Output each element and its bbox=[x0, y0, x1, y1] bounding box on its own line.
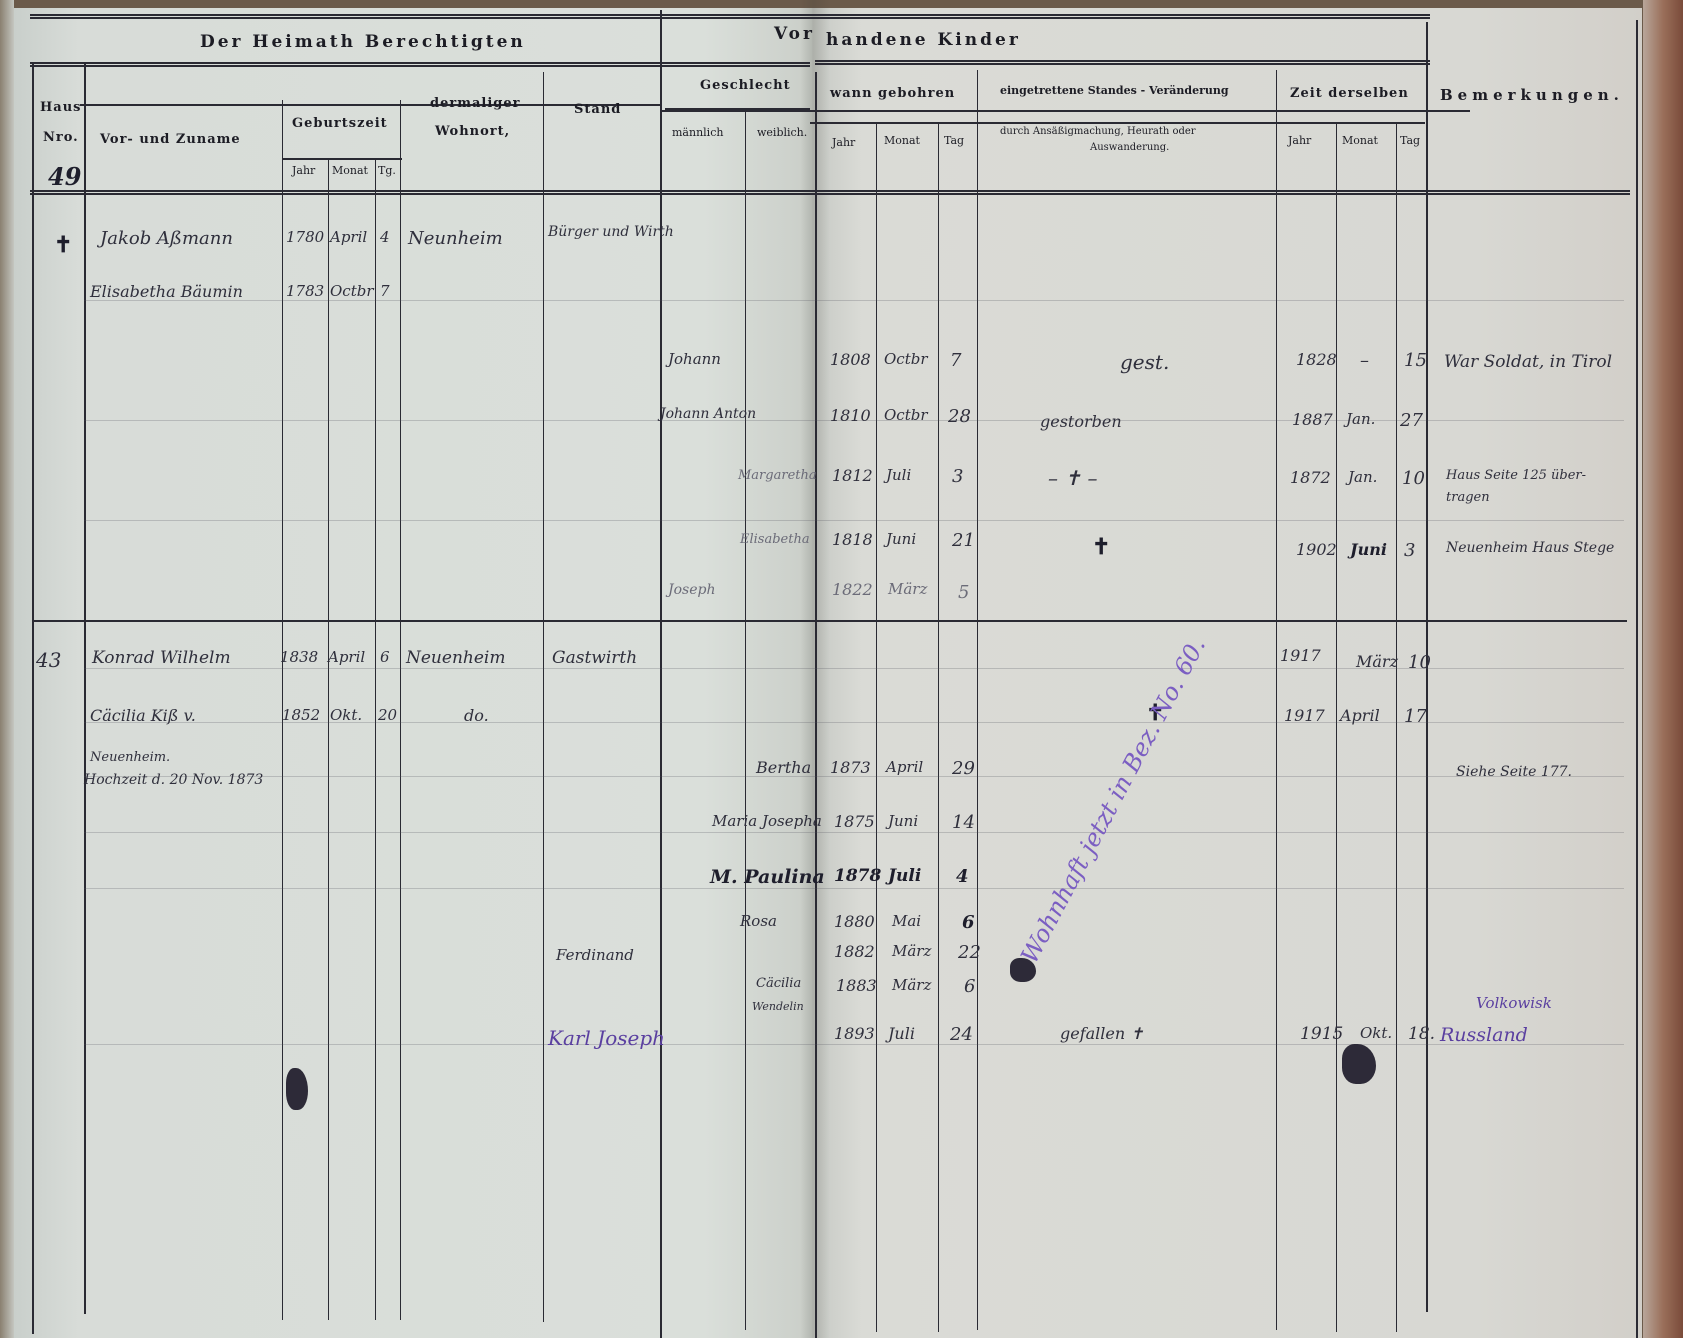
child-event: gefallen ✝ bbox=[1060, 1024, 1144, 1043]
rule-top-right bbox=[815, 60, 1430, 65]
header-zeit-monat: Monat bbox=[1342, 134, 1378, 147]
col-line-kind-tag bbox=[977, 70, 978, 1330]
book-left-edge bbox=[0, 0, 14, 1338]
banner-heimath: Der Heimath Berechtigten bbox=[200, 32, 526, 52]
faint-rule bbox=[84, 300, 1624, 301]
father-birth-day: 6 bbox=[380, 648, 390, 666]
rule-header-bottom bbox=[30, 190, 1630, 195]
child-event-year: 1887 bbox=[1292, 410, 1333, 429]
child-birth-day: 6 bbox=[964, 976, 975, 997]
mother-birth-day: 20 bbox=[378, 706, 397, 724]
left-page bbox=[14, 8, 826, 1338]
rule-zeit-sub bbox=[1255, 122, 1425, 124]
child-name-female: Maria Josepha bbox=[712, 812, 822, 830]
ink-blot bbox=[286, 1068, 308, 1110]
rule-gebohren-sub bbox=[810, 122, 985, 124]
header-wohnort-2: Wohnort, bbox=[435, 124, 510, 139]
header-geschlecht: Geschlecht bbox=[700, 78, 791, 93]
child-event-day: 10 bbox=[1402, 468, 1425, 489]
father-birth-year: 1838 bbox=[280, 648, 318, 666]
child-remark: Haus Seite 125 über- bbox=[1446, 468, 1586, 483]
header-geburtszeit: Geburtszeit bbox=[292, 116, 388, 131]
child-birth-day: 21 bbox=[952, 530, 975, 551]
child-birth-year: 1882 bbox=[834, 942, 875, 961]
child-event: – ✝ – bbox=[1048, 466, 1097, 490]
register-book-spread: Der Heimath Berechtigten Vor handene Kin… bbox=[0, 0, 1683, 1338]
header-veraenderung-sub1: durch Ansäßigmachung, Heurath oder bbox=[1000, 126, 1196, 137]
child-event-day: 18. bbox=[1408, 1024, 1435, 1044]
father-name: Konrad Wilhelm bbox=[92, 648, 231, 668]
child-birth-year: 1818 bbox=[832, 530, 873, 549]
col-line-veraenderung bbox=[1276, 70, 1277, 1330]
child-birth-day: 7 bbox=[950, 350, 961, 371]
child-remark-line2: tragen bbox=[1446, 490, 1490, 505]
child-remark: War Soldat, in Tirol bbox=[1444, 346, 1614, 378]
child-name-male: Karl Joseph bbox=[548, 1026, 665, 1050]
child-name-male: Ferdinand bbox=[556, 946, 634, 964]
mother-death-day: 17 bbox=[1404, 706, 1427, 727]
child-event: gestorben bbox=[1040, 412, 1122, 431]
header-bemerkungen: Bemerkungen. bbox=[1440, 86, 1624, 104]
header-kind-tag: Tag bbox=[944, 134, 964, 147]
mother-birth-year: 1852 bbox=[282, 706, 320, 724]
child-birth-year: 1880 bbox=[834, 912, 875, 931]
child-event: gest. bbox=[1120, 350, 1169, 374]
header-maennlich: männlich bbox=[672, 126, 723, 139]
child-event-year: 1872 bbox=[1290, 468, 1331, 487]
child-birth-month: Octbr bbox=[884, 350, 928, 368]
col-line-zeit-monat bbox=[1396, 122, 1397, 1332]
faint-rule bbox=[84, 1044, 1624, 1045]
father-residence: Neuenheim bbox=[406, 648, 505, 668]
col-line-outer-right bbox=[1636, 20, 1638, 1338]
rule-sub-header-right bbox=[660, 110, 1470, 112]
household-number: 43 bbox=[36, 648, 61, 672]
father-death-day: 10 bbox=[1408, 652, 1431, 673]
child-birth-day: 14 bbox=[952, 812, 975, 833]
child-birth-year: 1893 bbox=[834, 1024, 875, 1043]
child-name-female: Elisabetha bbox=[740, 532, 810, 547]
col-line-geb-tag bbox=[400, 100, 401, 1320]
header-wann-gebohren: wann gebohren bbox=[830, 86, 955, 101]
faint-rule bbox=[84, 832, 1624, 833]
household-separator bbox=[32, 620, 1627, 622]
child-remark: Siehe Seite 177. bbox=[1456, 764, 1572, 780]
col-line-zeit-jahr bbox=[1336, 122, 1337, 1332]
header-geb-tag: Tg. bbox=[378, 164, 396, 177]
right-page bbox=[812, 8, 1642, 1338]
rule-sub-header-left bbox=[80, 104, 660, 106]
ink-blot bbox=[1010, 958, 1036, 982]
child-birth-month: Juni bbox=[886, 530, 916, 548]
child-name-female-line2: Wendelin bbox=[752, 1000, 804, 1013]
death-place-line2: Russland bbox=[1440, 1024, 1528, 1046]
haus-number: 49 bbox=[48, 162, 81, 191]
book-right-edge bbox=[1643, 0, 1683, 1338]
child-event-day: 15 bbox=[1404, 350, 1427, 371]
wedding-note: Hochzeit d. 20 Nov. 1873 bbox=[84, 772, 263, 788]
child-birth-year: 1883 bbox=[836, 976, 877, 995]
mother-birth-day: 7 bbox=[380, 282, 390, 300]
father-birth-month: April bbox=[328, 648, 365, 666]
child-birth-year: 1812 bbox=[832, 466, 873, 485]
mother-birth-year: 1783 bbox=[286, 282, 324, 300]
child-birth-month: Juli bbox=[888, 866, 921, 886]
child-event-day: 3 bbox=[1404, 540, 1415, 561]
child-remark: Neuenheim Haus Stege bbox=[1446, 540, 1614, 556]
header-kind-jahr: Jahr bbox=[832, 136, 855, 149]
header-geb-monat: Monat bbox=[332, 164, 368, 177]
child-name-female: Rosa bbox=[740, 912, 777, 930]
header-wohnort-1: dermaliger bbox=[430, 96, 520, 111]
mother-birth-month: Okt. bbox=[330, 706, 362, 724]
child-birth-day: 24 bbox=[950, 1024, 973, 1045]
child-event-month: Juni bbox=[1350, 540, 1387, 559]
father-stand: Bürger und Wirth bbox=[548, 224, 674, 240]
child-event-month: – bbox=[1360, 350, 1369, 371]
col-line-outer-left bbox=[32, 64, 34, 1334]
child-birth-month: Juli bbox=[886, 466, 911, 484]
father-stand: Gastwirth bbox=[552, 648, 637, 668]
child-birth-year: 1875 bbox=[834, 812, 875, 831]
child-name-male: Johann Anton bbox=[660, 406, 756, 422]
child-birth-year: 1808 bbox=[830, 350, 871, 369]
father-residence: Neunheim bbox=[408, 228, 503, 249]
child-birth-day: 4 bbox=[956, 866, 969, 887]
child-birth-month: März bbox=[888, 580, 927, 598]
rule-veraenderung-sub bbox=[985, 122, 1255, 124]
father-birth-month: April bbox=[330, 228, 367, 246]
header-name: Vor- und Zuname bbox=[100, 132, 241, 147]
col-line-geb-monat bbox=[375, 160, 376, 1320]
col-line-maennlich bbox=[745, 110, 746, 1330]
rule-geburtszeit-sub bbox=[282, 158, 402, 160]
child-name-female: Cäcilia bbox=[756, 976, 801, 991]
rule-top-left bbox=[30, 62, 810, 67]
rule-page-top bbox=[30, 14, 1430, 19]
mother-name: Cäcilia Kiß v. bbox=[90, 706, 196, 725]
child-event-month: Okt. bbox=[1360, 1024, 1392, 1042]
child-birth-month: Juli bbox=[888, 1024, 915, 1043]
child-birth-day: 3 bbox=[952, 466, 963, 487]
child-birth-month: März bbox=[892, 942, 931, 960]
mother-origin: Neuenheim. bbox=[90, 750, 170, 765]
ink-blot bbox=[1342, 1044, 1376, 1084]
col-line-weiblich bbox=[815, 72, 817, 1338]
mother-death-year: 1917 bbox=[1284, 706, 1325, 725]
col-line-stand bbox=[660, 10, 662, 1338]
father-name: Jakob Aßmann bbox=[100, 228, 233, 249]
header-zeit-tag: Tag bbox=[1400, 134, 1420, 147]
father-death-year: 1917 bbox=[1280, 646, 1321, 665]
col-line-kind-monat bbox=[938, 122, 939, 1332]
header-haus: Haus bbox=[40, 100, 81, 115]
child-event-year: 1902 bbox=[1296, 540, 1337, 559]
header-zeit-jahr: Jahr bbox=[1288, 134, 1311, 147]
deceased-cross-icon: ✝ bbox=[54, 232, 72, 258]
child-birth-month: Octbr bbox=[884, 406, 928, 424]
child-birth-year: 1873 bbox=[830, 758, 871, 777]
col-line-geb-jahr bbox=[328, 160, 329, 1320]
col-line-kind-jahr bbox=[876, 122, 877, 1332]
child-birth-month: April bbox=[886, 758, 923, 776]
child-name-female: Margaretha bbox=[738, 468, 817, 483]
header-weiblich: weiblich. bbox=[757, 126, 807, 139]
child-birth-month: Juni bbox=[888, 812, 918, 830]
child-event-year: 1915 bbox=[1300, 1024, 1343, 1044]
child-birth-day: 5 bbox=[958, 582, 969, 603]
mother-death-month: April bbox=[1340, 706, 1380, 725]
header-kind-monat: Monat bbox=[884, 134, 920, 147]
child-birth-day: 22 bbox=[958, 942, 981, 963]
header-zeit-derselben: Zeit derselben bbox=[1290, 86, 1409, 101]
child-name-male: Joseph bbox=[668, 582, 716, 598]
child-birth-month: Mai bbox=[892, 912, 921, 930]
child-event-month: Jan. bbox=[1346, 410, 1375, 428]
child-birth-year: 1810 bbox=[830, 406, 871, 425]
banner-vor: Vor bbox=[774, 24, 815, 44]
child-birth-year: 1822 bbox=[832, 580, 873, 599]
child-name-female: M. Paulina bbox=[710, 866, 825, 888]
child-event-day: 27 bbox=[1400, 410, 1423, 431]
death-place-line1: Volkowisk bbox=[1476, 994, 1552, 1012]
child-birth-day: 6 bbox=[962, 912, 975, 933]
father-birth-day: 4 bbox=[380, 228, 390, 246]
faint-rule bbox=[84, 888, 1624, 889]
mother-name: Elisabetha Bäumin bbox=[90, 282, 243, 301]
col-line-wohnort bbox=[543, 72, 544, 1322]
child-birth-day: 28 bbox=[948, 406, 971, 427]
mother-birth-month: Octbr bbox=[330, 282, 374, 300]
child-birth-day: 29 bbox=[952, 758, 975, 779]
header-stand: Stand bbox=[574, 102, 621, 117]
banner-kinder: handene Kinder bbox=[826, 30, 1021, 50]
child-name-male: Johann bbox=[668, 350, 721, 368]
faint-rule bbox=[84, 520, 1624, 521]
header-veraenderung-sub2: Auswanderung. bbox=[1090, 142, 1169, 153]
col-line-haus bbox=[84, 64, 86, 1314]
child-name-female: Bertha bbox=[756, 758, 811, 777]
child-birth-year: 1878 bbox=[834, 866, 881, 886]
father-death-month: März bbox=[1356, 652, 1398, 671]
header-geb-jahr: Jahr bbox=[292, 164, 315, 177]
rule-geschlecht-sub bbox=[665, 108, 810, 110]
header-veraenderung: eingetrettene Standes - Veränderung bbox=[1000, 84, 1229, 97]
child-event-month: Jan. bbox=[1348, 468, 1377, 486]
header-nro: Nro. bbox=[43, 130, 79, 145]
father-birth-year: 1780 bbox=[286, 228, 324, 246]
mother-residence: do. bbox=[464, 706, 489, 725]
child-birth-month: März bbox=[892, 976, 931, 994]
deceased-cross-icon: ✝ bbox=[1092, 534, 1110, 560]
child-event-year: 1828 bbox=[1296, 350, 1337, 369]
